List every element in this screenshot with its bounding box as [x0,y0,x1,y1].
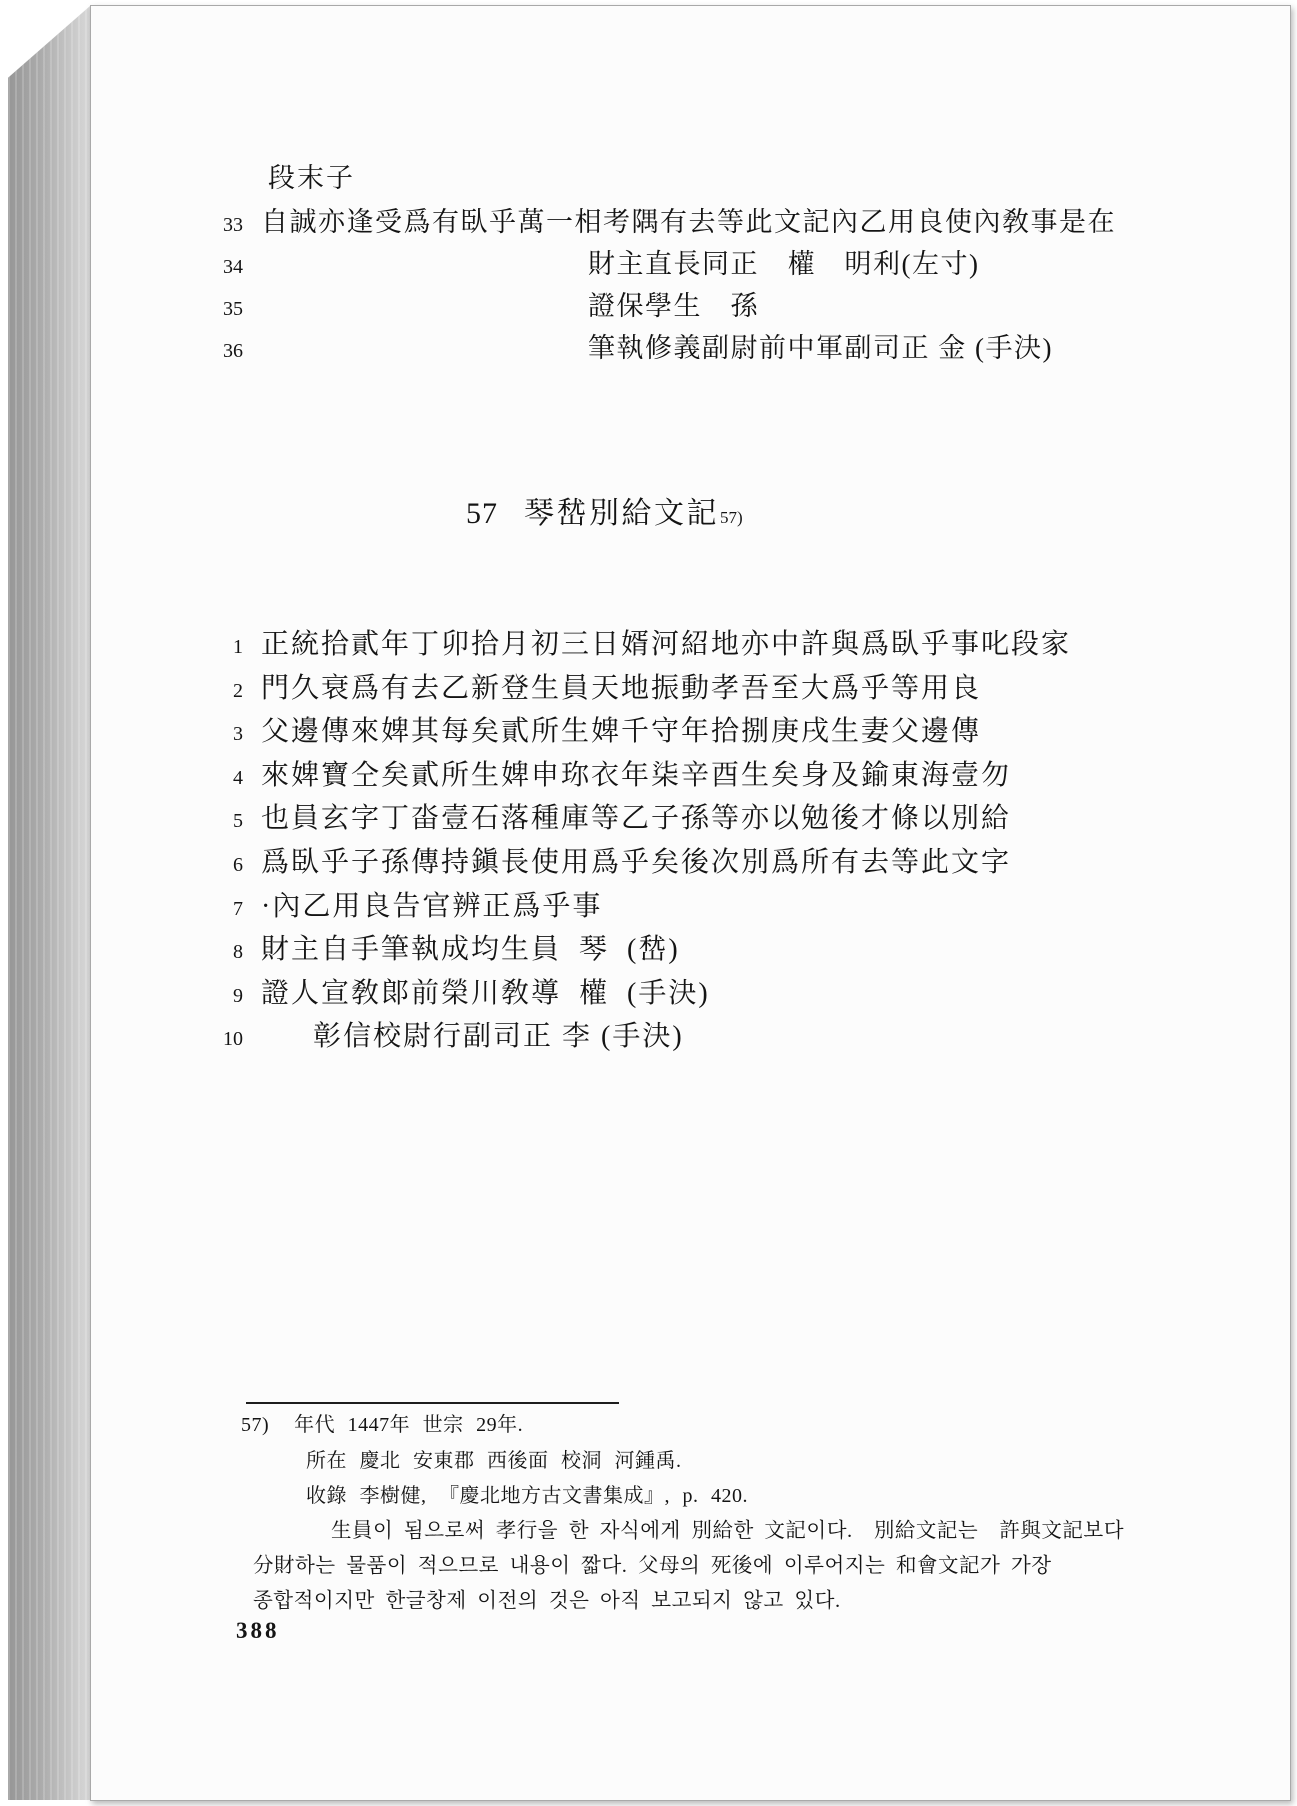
page-number: 388 [236,1618,280,1644]
document-line-4: 4 來婢寶仝矣貳所生婢申珎衣年柒辛酉生矣身及鍮東海壹勿 [91,753,1290,797]
line-number: 1 [179,636,243,659]
footnote-commentary-line-2: 分財하는 물품이 적으므로 내용이 짧다. 父母의 死後에 이루어지는 和會文記… [253,1551,1052,1581]
line-number: 33 [179,214,243,237]
section-heading: 57 琴嵆別給文記 57) [466,488,743,532]
line-text: 筆執修義副尉前中軍副司正 金 (手決) [588,326,1053,365]
line-number: 4 [179,767,243,790]
book-page-edges [8,6,90,1800]
section-number: 57 [466,497,498,531]
line-text: 自誠亦逢受爲有臥乎萬一相考隅有去等此文記內乙用良使內敎事是在 [261,200,1116,239]
document-line-10: 10 彰信校尉行副司正 李 (手決) [91,1014,1290,1058]
section-title: 琴嵆別給文記 [524,488,719,532]
line-number: 36 [179,340,243,363]
line-number: 9 [179,985,243,1008]
document-line-5: 5 也員玄字丁畓壹石落種庫等乙子孫等亦以勉後才條以別給 [91,796,1290,840]
document-line-9: 9 證人宣敎郞前榮川敎導 權 (手決) [91,971,1290,1015]
line-text: 來婢寶仝矣貳所生婢申珎衣年柒辛酉生矣身及鍮東海壹勿 [261,753,1011,793]
footnote-year-line: 57) 年代 1447年 世宗 29年. [241,1410,523,1440]
line-text: 彰信校尉行副司正 李 (手決) [313,1014,684,1054]
prev-doc-line-34: 34 財主直長同正 權 明利(左寸) [91,242,1290,284]
line-text: 正統拾貳年丁卯拾月初三日婿河紹地亦中許與爲臥乎事叱段家 [261,622,1071,662]
prev-doc-line-35: 35 證保學生 孫 [91,284,1290,326]
document-line-6: 6 爲臥乎子孫傳持鎭長使用爲乎矣後次別爲所有去等此文字 [91,840,1290,884]
line-number: 8 [179,941,243,964]
prev-doc-lines: 33 自誠亦逢受爲有臥乎萬一相考隅有去等此文記內乙用良使內敎事是在 34 財主直… [91,200,1290,368]
document-line-2: 2 門久衰爲有去乙新登生員天地振動孝吾至大爲乎等用良 [91,666,1290,710]
document-line-1: 1 正統拾貳年丁卯拾月初三日婿河紹地亦中許與爲臥乎事叱段家 [91,622,1290,666]
prev-doc-line-33: 33 自誠亦逢受爲有臥乎萬一相考隅有去等此文記內乙用良使內敎事是在 [91,200,1290,242]
document-line-7: 7 ·內乙用良告官辨正爲乎事 [91,884,1290,928]
footnote-reference: 57) [720,509,743,526]
footnote-source-line: 收錄 李樹健, 『慶北地方古文書集成』, p. 420. [306,1481,748,1511]
footnote-commentary-line-1: 生員이 됨으로써 孝行을 한 자식에게 別給한 文記이다. 別給文記는 許與文記… [331,1516,1124,1546]
line-number: 6 [179,854,243,877]
line-text: 財主直長同正 權 明利(左寸) [588,242,979,281]
line-number: 2 [179,680,243,703]
document-lines: 1 正統拾貳年丁卯拾月初三日婿河紹地亦中許與爲臥乎事叱段家 2 門久衰爲有去乙新… [91,622,1290,1058]
line-text: 證保學生 孫 [588,284,759,323]
footnote-commentary-line-3: 종합적이지만 한글창제 이전의 것은 아직 보고되지 않고 있다. [253,1586,841,1616]
line-number: 10 [179,1028,243,1051]
footnote-location-line: 所在 慶北 安東郡 西後面 校洞 河鍾禹. [306,1446,682,1476]
line-number: 35 [179,298,243,321]
line-number: 5 [179,810,243,833]
line-number: 3 [179,723,243,746]
prev-doc-carryover-text: 段末子 [268,156,355,195]
line-number: 7 [179,898,243,921]
prev-doc-line-36: 36 筆執修義副尉前中軍副司正 金 (手決) [91,326,1290,368]
line-text: 財主自手筆執成均生員 琴 (嵆) [261,927,680,967]
line-text: 門久衰爲有去乙新登生員天地振動孝吾至大爲乎等用良 [261,666,981,706]
document-line-3: 3 父邊傳來婢其每矣貳所生婢千守年拾捌庚戌生妻父邊傳 [91,709,1290,753]
scanned-page: 段末子 33 自誠亦逢受爲有臥乎萬一相考隅有去等此文記內乙用良使內敎事是在 34… [90,5,1291,1801]
footnote-separator-rule [246,1402,619,1404]
line-text: 證人宣敎郞前榮川敎導 權 (手決) [261,971,710,1011]
line-text: 父邊傳來婢其每矣貳所生婢千守年拾捌庚戌生妻父邊傳 [261,709,981,749]
document-line-8: 8 財主自手筆執成均生員 琴 (嵆) [91,927,1290,971]
line-number: 34 [179,256,243,279]
line-text: 也員玄字丁畓壹石落種庫等乙子孫等亦以勉後才條以別給 [261,796,1011,836]
line-text: ·內乙用良告官辨正爲乎事 [261,884,602,924]
line-text: 爲臥乎子孫傳持鎭長使用爲乎矣後次別爲所有去等此文字 [261,840,1011,880]
